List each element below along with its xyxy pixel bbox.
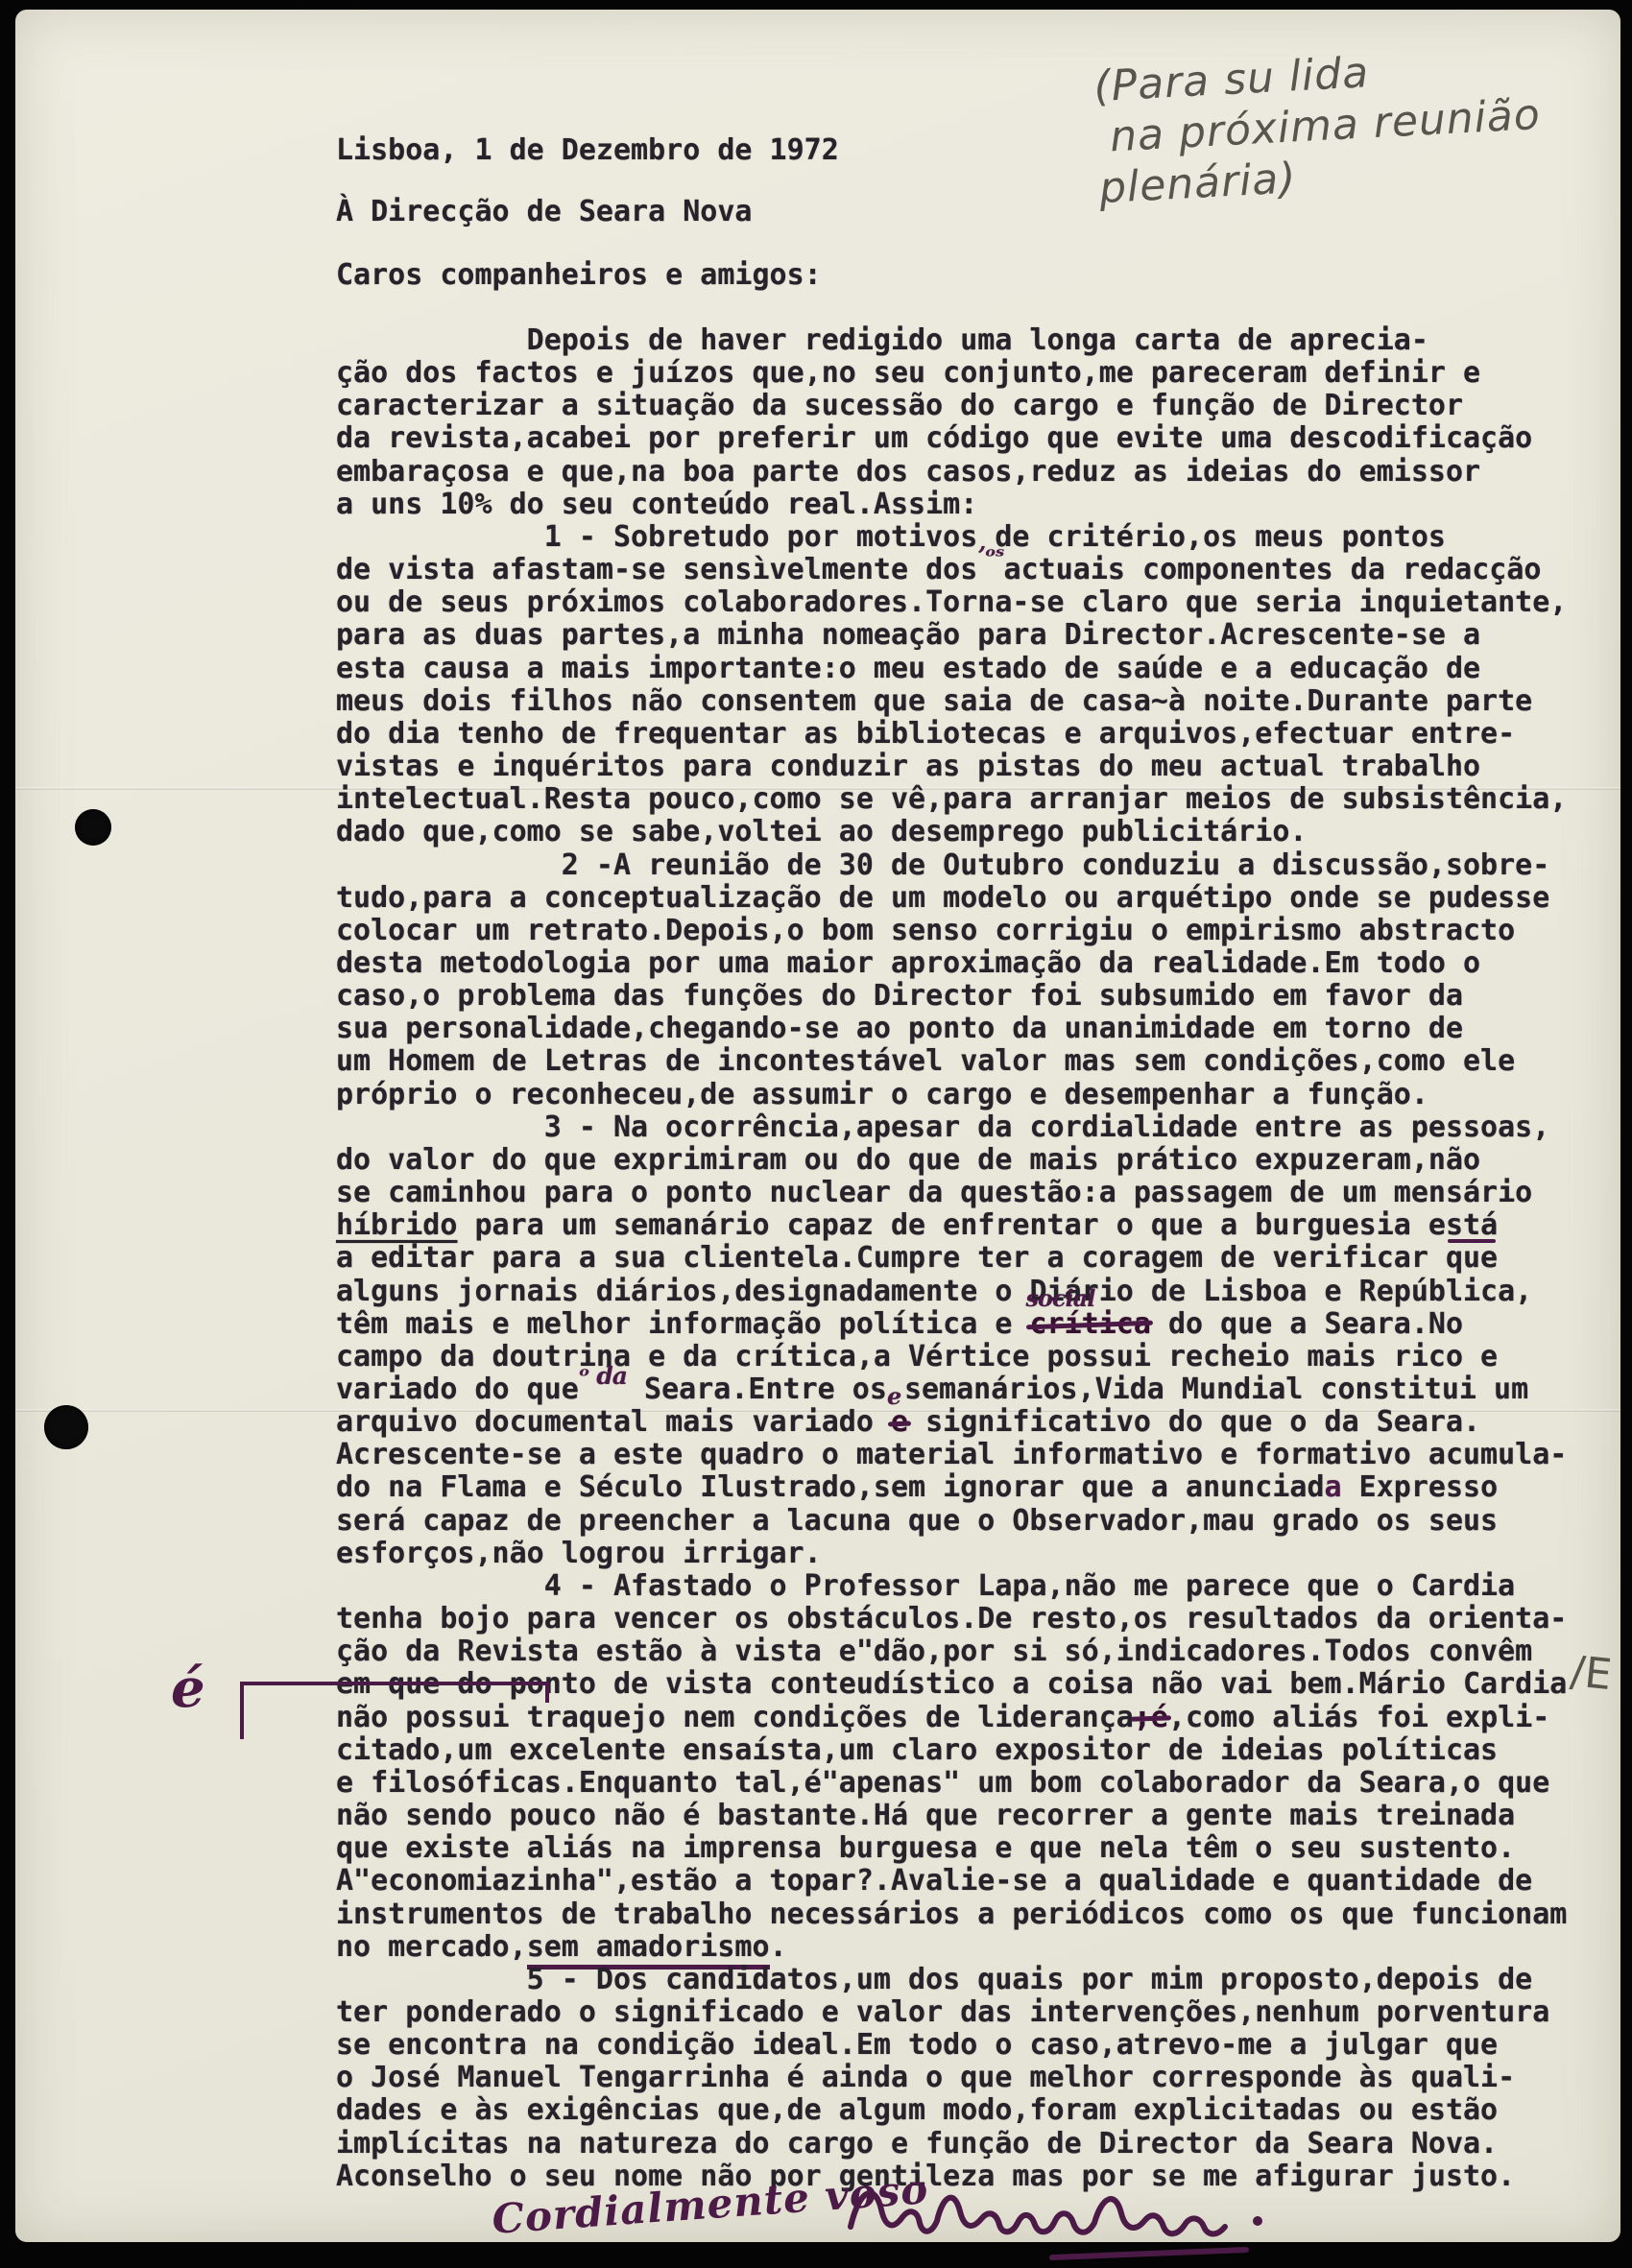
typed-line: do valor do que exprimiram ou do que de … — [336, 1144, 1567, 1177]
typed-line: se caminhou para o ponto nuclear da ques… — [336, 1177, 1567, 1209]
typed-line: um Homem de Letras de incontestável valo… — [336, 1045, 1567, 1078]
typed-line: Acrescente-se a este quadro o material i… — [336, 1439, 1567, 1471]
margin-pencil-mark: /E — [1569, 1651, 1614, 1697]
punch-hole — [44, 1405, 88, 1449]
typed-line: no mercado,sem amadorismo. — [336, 1931, 1567, 1964]
handwritten-top-note: (Para su lida na próxima reunião plenári… — [1092, 38, 1545, 214]
typed-line: instrumentos de trabalho necessários a p… — [336, 1898, 1567, 1931]
typed-line: 5 - Dos candidatos,um dos quais por mim … — [336, 1964, 1567, 1996]
typed-line: ter ponderado o significado e valor das … — [336, 1996, 1567, 2029]
typed-line: Depois de haver redigido uma longa carta… — [336, 324, 1567, 357]
hand-mark-corr: críticasocial — [1029, 1307, 1150, 1341]
hand-mark-ovl: que — [1446, 1241, 1498, 1275]
typed-line: embaraçosa e que,na boa parte dos casos,… — [336, 456, 1567, 489]
typed-line: não sendo pouco não é bastante.Há que re… — [336, 1800, 1567, 1832]
hand-mark-del: ;é — [1134, 1701, 1168, 1734]
typed-line: meus dois filhos não consentem que saia … — [336, 685, 1567, 718]
typed-line: caso,o problema das funções do Director … — [336, 980, 1567, 1013]
struck-word: e — [891, 1405, 908, 1439]
typed-line: ção dos factos e juízos que,no seu conju… — [336, 357, 1567, 390]
typed-line: ção da Revista estão à vista e"dão,por s… — [336, 1635, 1567, 1668]
date-line: Lisboa, 1 de Dezembro de 1972 — [336, 134, 839, 167]
typed-line: será capaz de preencher a lacuna que o O… — [336, 1505, 1567, 1538]
typed-line: dades e às exigências que,de algum modo,… — [336, 2094, 1567, 2127]
typed-line: alguns jornais diários,designadamente o … — [336, 1276, 1567, 1308]
hand-correction-above: social — [1025, 1284, 1094, 1312]
signature-underline — [1052, 2250, 1246, 2257]
letter-body: Depois de haver redigido uma longa carta… — [336, 324, 1567, 2193]
hand-correction-above: e — [887, 1382, 900, 1410]
typed-line: tudo,para a conceptualização de um model… — [336, 882, 1567, 915]
struck-word: crítica — [1029, 1307, 1150, 1341]
typed-line: intelectual.Resta pouco,como se vê,para … — [336, 783, 1567, 816]
typed-line: para as duas partes,a minha nomeação par… — [336, 619, 1567, 652]
hand-mark-ins: ᵒ da — [579, 1362, 627, 1390]
typed-line: implícitas na natureza do cargo e função… — [336, 2128, 1567, 2161]
scanned-letter-page: (Para su lida na próxima reunião plenári… — [0, 0, 1632, 2268]
punch-hole — [75, 809, 111, 846]
typed-line: se encontra na condição ideal.Em todo o … — [336, 2029, 1567, 2062]
typed-line: do na Flama e Século Ilustrado,sem ignor… — [336, 1471, 1567, 1504]
signature-stroke — [851, 2193, 1225, 2234]
typed-line: ou de seus próximos colaboradores.Torna-… — [336, 586, 1567, 619]
typed-line: esta causa a mais importante:o meu estad… — [336, 653, 1567, 685]
typed-line: 1 - Sobretudo por motivos de critério,os… — [336, 521, 1567, 554]
margin-insertion-bracket — [240, 1682, 549, 1739]
typed-line: a editar para a sua clientela.Cumpre ter… — [336, 1242, 1567, 1275]
handwritten-signature-scrawl — [843, 2167, 1275, 2268]
typed-line: a uns 10% do seu conteúdo real.Assim: — [336, 489, 1567, 521]
typed-line: sua personalidade,chegando-se ao ponto d… — [336, 1013, 1567, 1045]
typed-line: que existe aliás na imprensa burguesa e … — [336, 1832, 1567, 1865]
typed-line: colocar um retrato.Depois,o bom senso co… — [336, 915, 1567, 947]
typed-line: desta metodologia por uma maior aproxima… — [336, 947, 1567, 980]
typed-line: híbrido para um semanário capaz de enfre… — [336, 1209, 1567, 1242]
hand-mark-p: a — [1325, 1470, 1342, 1504]
typed-line: próprio o reconheceu,de assumir o cargo … — [336, 1079, 1567, 1111]
typed-line: arquivo documental mais variado ee signi… — [336, 1406, 1567, 1439]
typed-line: da revista,acabei por preferir um código… — [336, 422, 1567, 455]
hand-mark-ins: ʼᵒˢ — [977, 542, 1003, 570]
addressee-line: À Direcção de Seara Nova — [336, 196, 752, 228]
margin-insertion-e: é — [171, 1657, 205, 1720]
typed-line: variado do queᵒ da Seara.Entre os semaná… — [336, 1373, 1567, 1406]
typed-line: o José Manuel Tengarrinha é ainda o que … — [336, 2062, 1567, 2094]
salutation-line: Caros companheiros e amigos: — [336, 259, 822, 292]
typed-line: dado que,como se sabe,voltei ao desempre… — [336, 816, 1567, 848]
hand-mark-corr: ee — [891, 1405, 908, 1439]
typed-line: têm mais e melhor informação política e … — [336, 1308, 1567, 1341]
typed-line: esforços,não logrou irrigar. — [336, 1538, 1567, 1570]
bracket-tick — [545, 1682, 549, 1703]
typed-line: 2 -A reunião de 30 de Outubro conduziu a… — [336, 849, 1567, 882]
typed-line: A"economiazinha",estão a topar?.Avalie-s… — [336, 1865, 1567, 1898]
typed-line: vistas e inquéritos para conduzir as pis… — [336, 751, 1567, 783]
typed-line: e filosóficas.Enquanto tal,é"apenas" um … — [336, 1767, 1567, 1800]
hand-mark-u: híbrido — [336, 1208, 457, 1242]
typed-line: de vista afastam-se sensìvelmente dosʼᵒˢ… — [336, 554, 1567, 586]
signature-dot — [1253, 2216, 1262, 2226]
typed-line: 3 - Na ocorrência,apesar da cordialidade… — [336, 1111, 1567, 1144]
typed-line: tenha bojo para vencer os obstáculos.De … — [336, 1603, 1567, 1635]
typed-line: do dia tenho de frequentar as biblioteca… — [336, 718, 1567, 751]
typed-line: campo da doutrina e da crítica,a Vértice… — [336, 1341, 1567, 1373]
typed-line: caracterizar a situação da sucessão do c… — [336, 390, 1567, 422]
typed-line: 4 - Afastado o Professor Lapa,não me par… — [336, 1570, 1567, 1603]
